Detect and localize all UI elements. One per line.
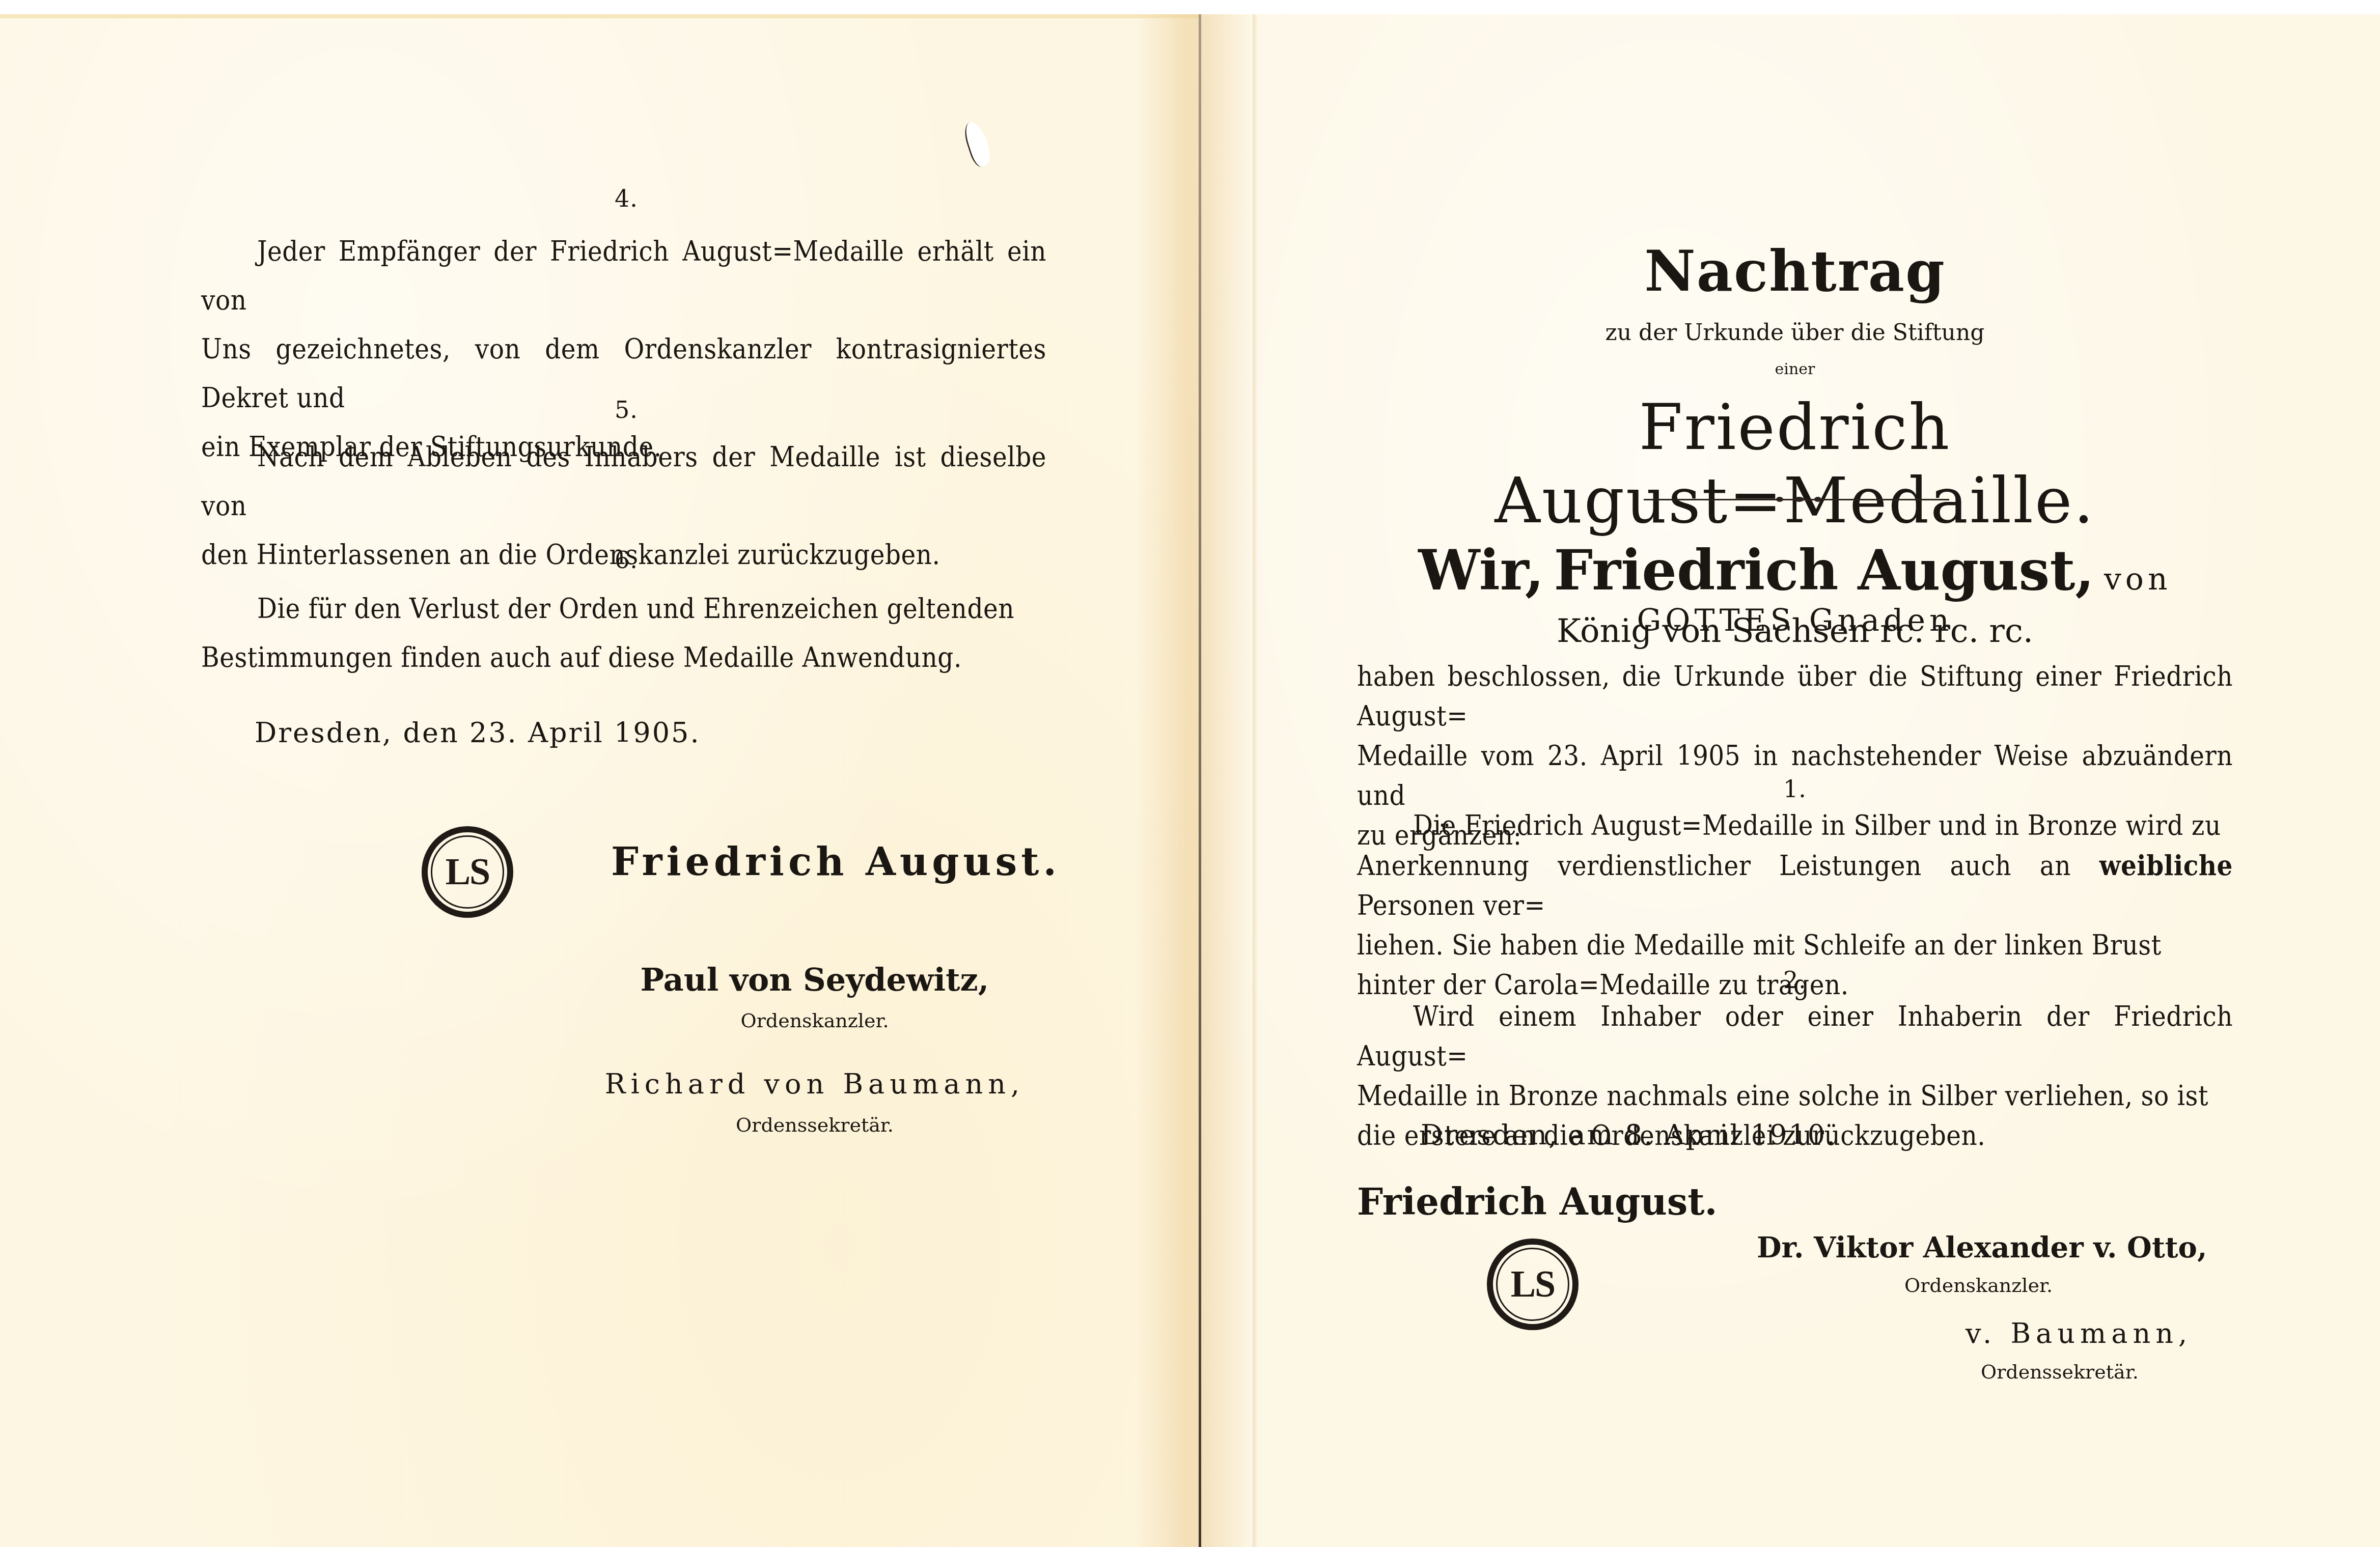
countersignature-title: Ordenssekretär. xyxy=(1981,1361,2139,1383)
section-number-1: 1. xyxy=(1769,775,1820,803)
text-line: haben beschlossen, die Urkunde über die … xyxy=(1357,657,2233,736)
countersignature-title: Ordenskanzler. xyxy=(586,1009,1044,1032)
gutter-shadow xyxy=(1136,14,1253,1547)
countersignature-name: v. Baumann, xyxy=(1966,1317,2192,1349)
document-spread: 4. Jeder Empfänger der Friedrich August=… xyxy=(0,14,2380,1547)
ornament-divider-icon xyxy=(1644,496,1949,503)
intro-king-line: König von Sachsen rc. rc. rc. xyxy=(1349,612,2240,650)
text-line: Nach dem Ableben des Inhabers der Medail… xyxy=(201,433,1046,530)
signature-friedrich-august: Friedrich August. xyxy=(1357,1180,1718,1223)
countersignature-name: Richard von Baumann, xyxy=(586,1068,1044,1100)
seal-ls-icon: LS xyxy=(1487,1239,1579,1330)
emphasis-weibliche: weibliche xyxy=(2099,849,2233,882)
countersignature-title: Ordenssekretär. xyxy=(586,1114,1044,1136)
section-number-6: 6. xyxy=(601,546,652,574)
section-number-4: 4. xyxy=(601,185,652,212)
signature-friedrich-august: Friedrich August. xyxy=(611,839,1061,884)
section-number-5: 5. xyxy=(601,396,652,424)
text-line: Bestimmungen finden auch auf diese Medai… xyxy=(201,633,1046,682)
countersignature-name: Paul von Seydewitz, xyxy=(586,961,1044,998)
page-spine xyxy=(1199,14,1201,1547)
text-line: Die für den Verlust der Orden und Ehrenz… xyxy=(201,584,1046,633)
intro-wir: Wir, xyxy=(1418,539,1544,603)
heading-nachtrag: Nachtrag xyxy=(1349,238,2240,304)
countersignature-title: Ordenskanzler. xyxy=(1904,1274,2053,1297)
section-number-2: 2. xyxy=(1769,966,1820,994)
text-line: Medaille in Bronze nachmals eine solche … xyxy=(1357,1076,2233,1116)
right-page-fold xyxy=(1253,14,1258,1547)
text-line: Wird einem Inhaber oder einer Inhaberin … xyxy=(1357,997,2233,1076)
section-6-text: Die für den Verlust der Orden und Ehrenz… xyxy=(201,584,1046,682)
countersignature-name: Dr. Viktor Alexander v. Otto, xyxy=(1757,1231,2207,1264)
seal-ls-icon: LS xyxy=(422,826,513,918)
date-line-1905: Dresden, den 23. April 1905. xyxy=(255,717,701,749)
main-title: Friedrich August=Medaille. xyxy=(1349,391,2240,538)
date-line-1910: Dresden, am 8. April 1910. xyxy=(1421,1119,1837,1151)
subheading: zu der Urkunde über die Stiftung xyxy=(1349,320,2240,346)
intro-name: Friedrich August, xyxy=(1554,539,2094,603)
text-line: Jeder Empfänger der Friedrich August=Med… xyxy=(201,227,1046,325)
text-line: Die Friedrich August=Medaille in Silber … xyxy=(1357,806,2233,846)
text-line: liehen. Sie haben die Medaille mit Schle… xyxy=(1357,925,2233,965)
text-line: Anerkennung verdienstlicher Leistungen a… xyxy=(1357,846,2233,925)
subheading-small: einer xyxy=(1349,360,2240,378)
